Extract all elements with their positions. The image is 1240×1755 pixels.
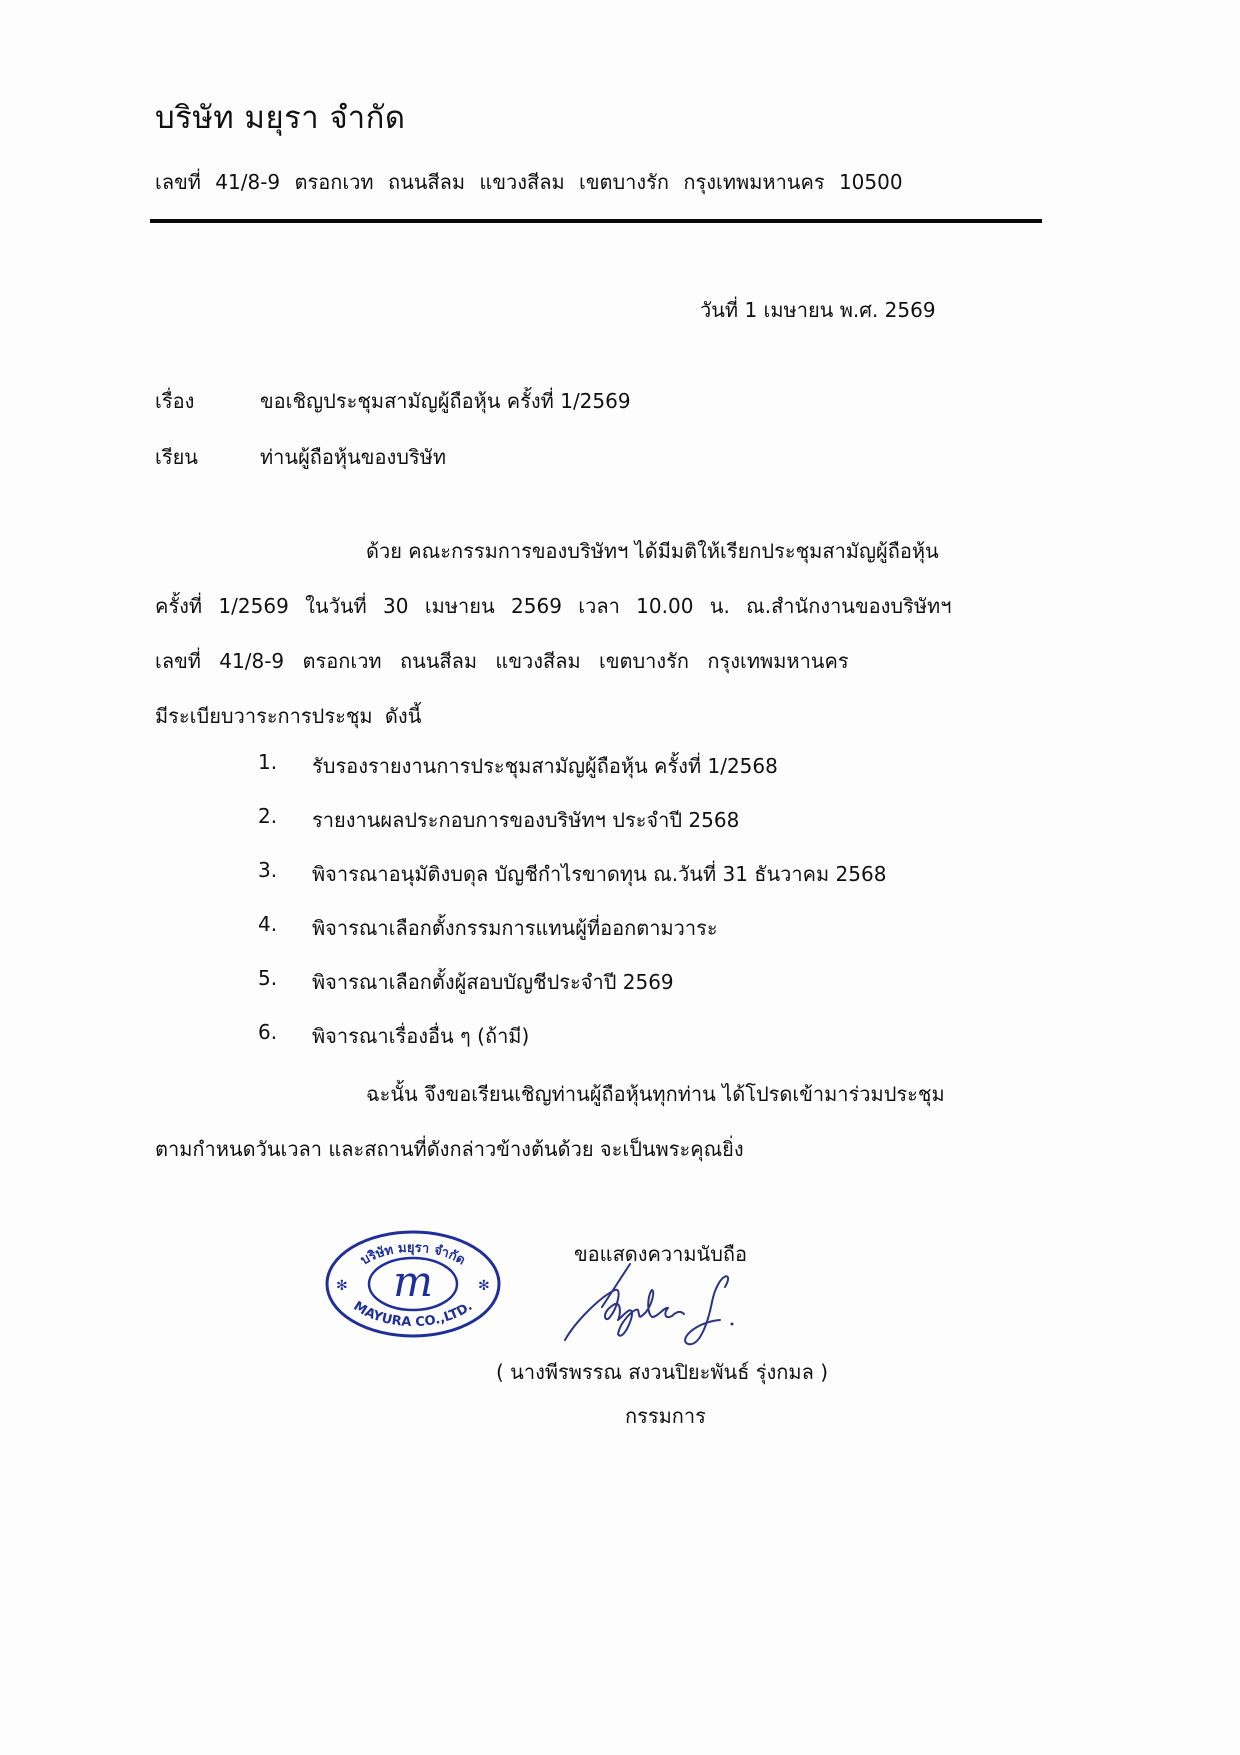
conclusion-line: ฉะนั้น จึงขอเรียนเชิญท่านผู้ถือหุ้นทุกท่… (366, 1078, 945, 1110)
letter-date: วันที่ 1 เมษายน พ.ศ. 2569 (700, 294, 936, 326)
agenda-number: 3. (258, 858, 277, 882)
signature-dot (731, 1323, 734, 1326)
agenda-item: พิจารณาเลือกตั้งผู้สอบบัญชีประจำปี 2569 (312, 966, 674, 998)
body-line: ด้วย คณะกรรมการของบริษัทฯ ได้มีมติให้เรี… (366, 535, 939, 567)
signer-name: ( นางพีรพรรณ สงวนปิยะพันธ์ รุ่งกมล ) (496, 1356, 828, 1388)
header-divider (150, 219, 1042, 223)
agenda-number: 2. (258, 804, 277, 828)
agenda-number: 1. (258, 750, 277, 774)
company-address: เลขที่ 41/8-9 ตรอกเวท ถนนสีลม แขวงสีลม เ… (155, 166, 903, 198)
subject-label: เรื่อง (155, 385, 194, 417)
agenda-number: 4. (258, 912, 277, 936)
agenda-item: รับรองรายงานการประชุมสามัญผู้ถือหุ้น ครั… (312, 750, 778, 782)
agenda-item: พิจารณาเลือกตั้งกรรมการแทนผู้ที่ออกตามวา… (312, 912, 718, 944)
stamp-monogram: m (393, 1257, 433, 1306)
recipient-label: เรียน (155, 441, 198, 473)
company-stamp: บริษัท มยุรา จำกัด MAYURA CO.,LTD. m ✻ ✻ (322, 1228, 504, 1340)
agenda-item: พิจารณาเรื่องอื่น ๆ (ถ้ามี) (312, 1020, 529, 1052)
handwritten-signature (560, 1262, 760, 1352)
letter-page: บริษัท มยุรา จำกัด เลขที่ 41/8-9 ตรอกเวท… (0, 0, 1240, 1755)
asterisk-icon: ✻ (336, 1278, 348, 1294)
agenda-item: รายงานผลประกอบการของบริษัทฯ ประจำปี 2568 (312, 804, 739, 836)
signer-title: กรรมการ (625, 1400, 706, 1432)
body-line: ครั้งที่ 1/2569 ในวันที่ 30 เมษายน 2569 … (155, 590, 951, 622)
body-line: มีระเบียบวาระการประชุม ดังนี้ (155, 700, 421, 732)
body-line: เลขที่ 41/8-9 ตรอกเวท ถนนสีลม แขวงสีลม เ… (155, 645, 849, 677)
agenda-number: 6. (258, 1020, 277, 1044)
subject-value: ขอเชิญประชุมสามัญผู้ถือหุ้น ครั้งที่ 1/2… (260, 385, 631, 417)
conclusion-line: ตามกำหนดวันเวลา และสถานที่ดังกล่าวข้างต้… (155, 1133, 744, 1165)
company-name: บริษัท มยุรา จำกัด (155, 92, 406, 142)
agenda-item: พิจารณาอนุมัติงบดุล บัญชีกำไรขาดทุน ณ.วั… (312, 858, 886, 890)
agenda-number: 5. (258, 966, 277, 990)
asterisk-icon: ✻ (478, 1278, 490, 1294)
recipient-value: ท่านผู้ถือหุ้นของบริษัท (260, 441, 446, 473)
